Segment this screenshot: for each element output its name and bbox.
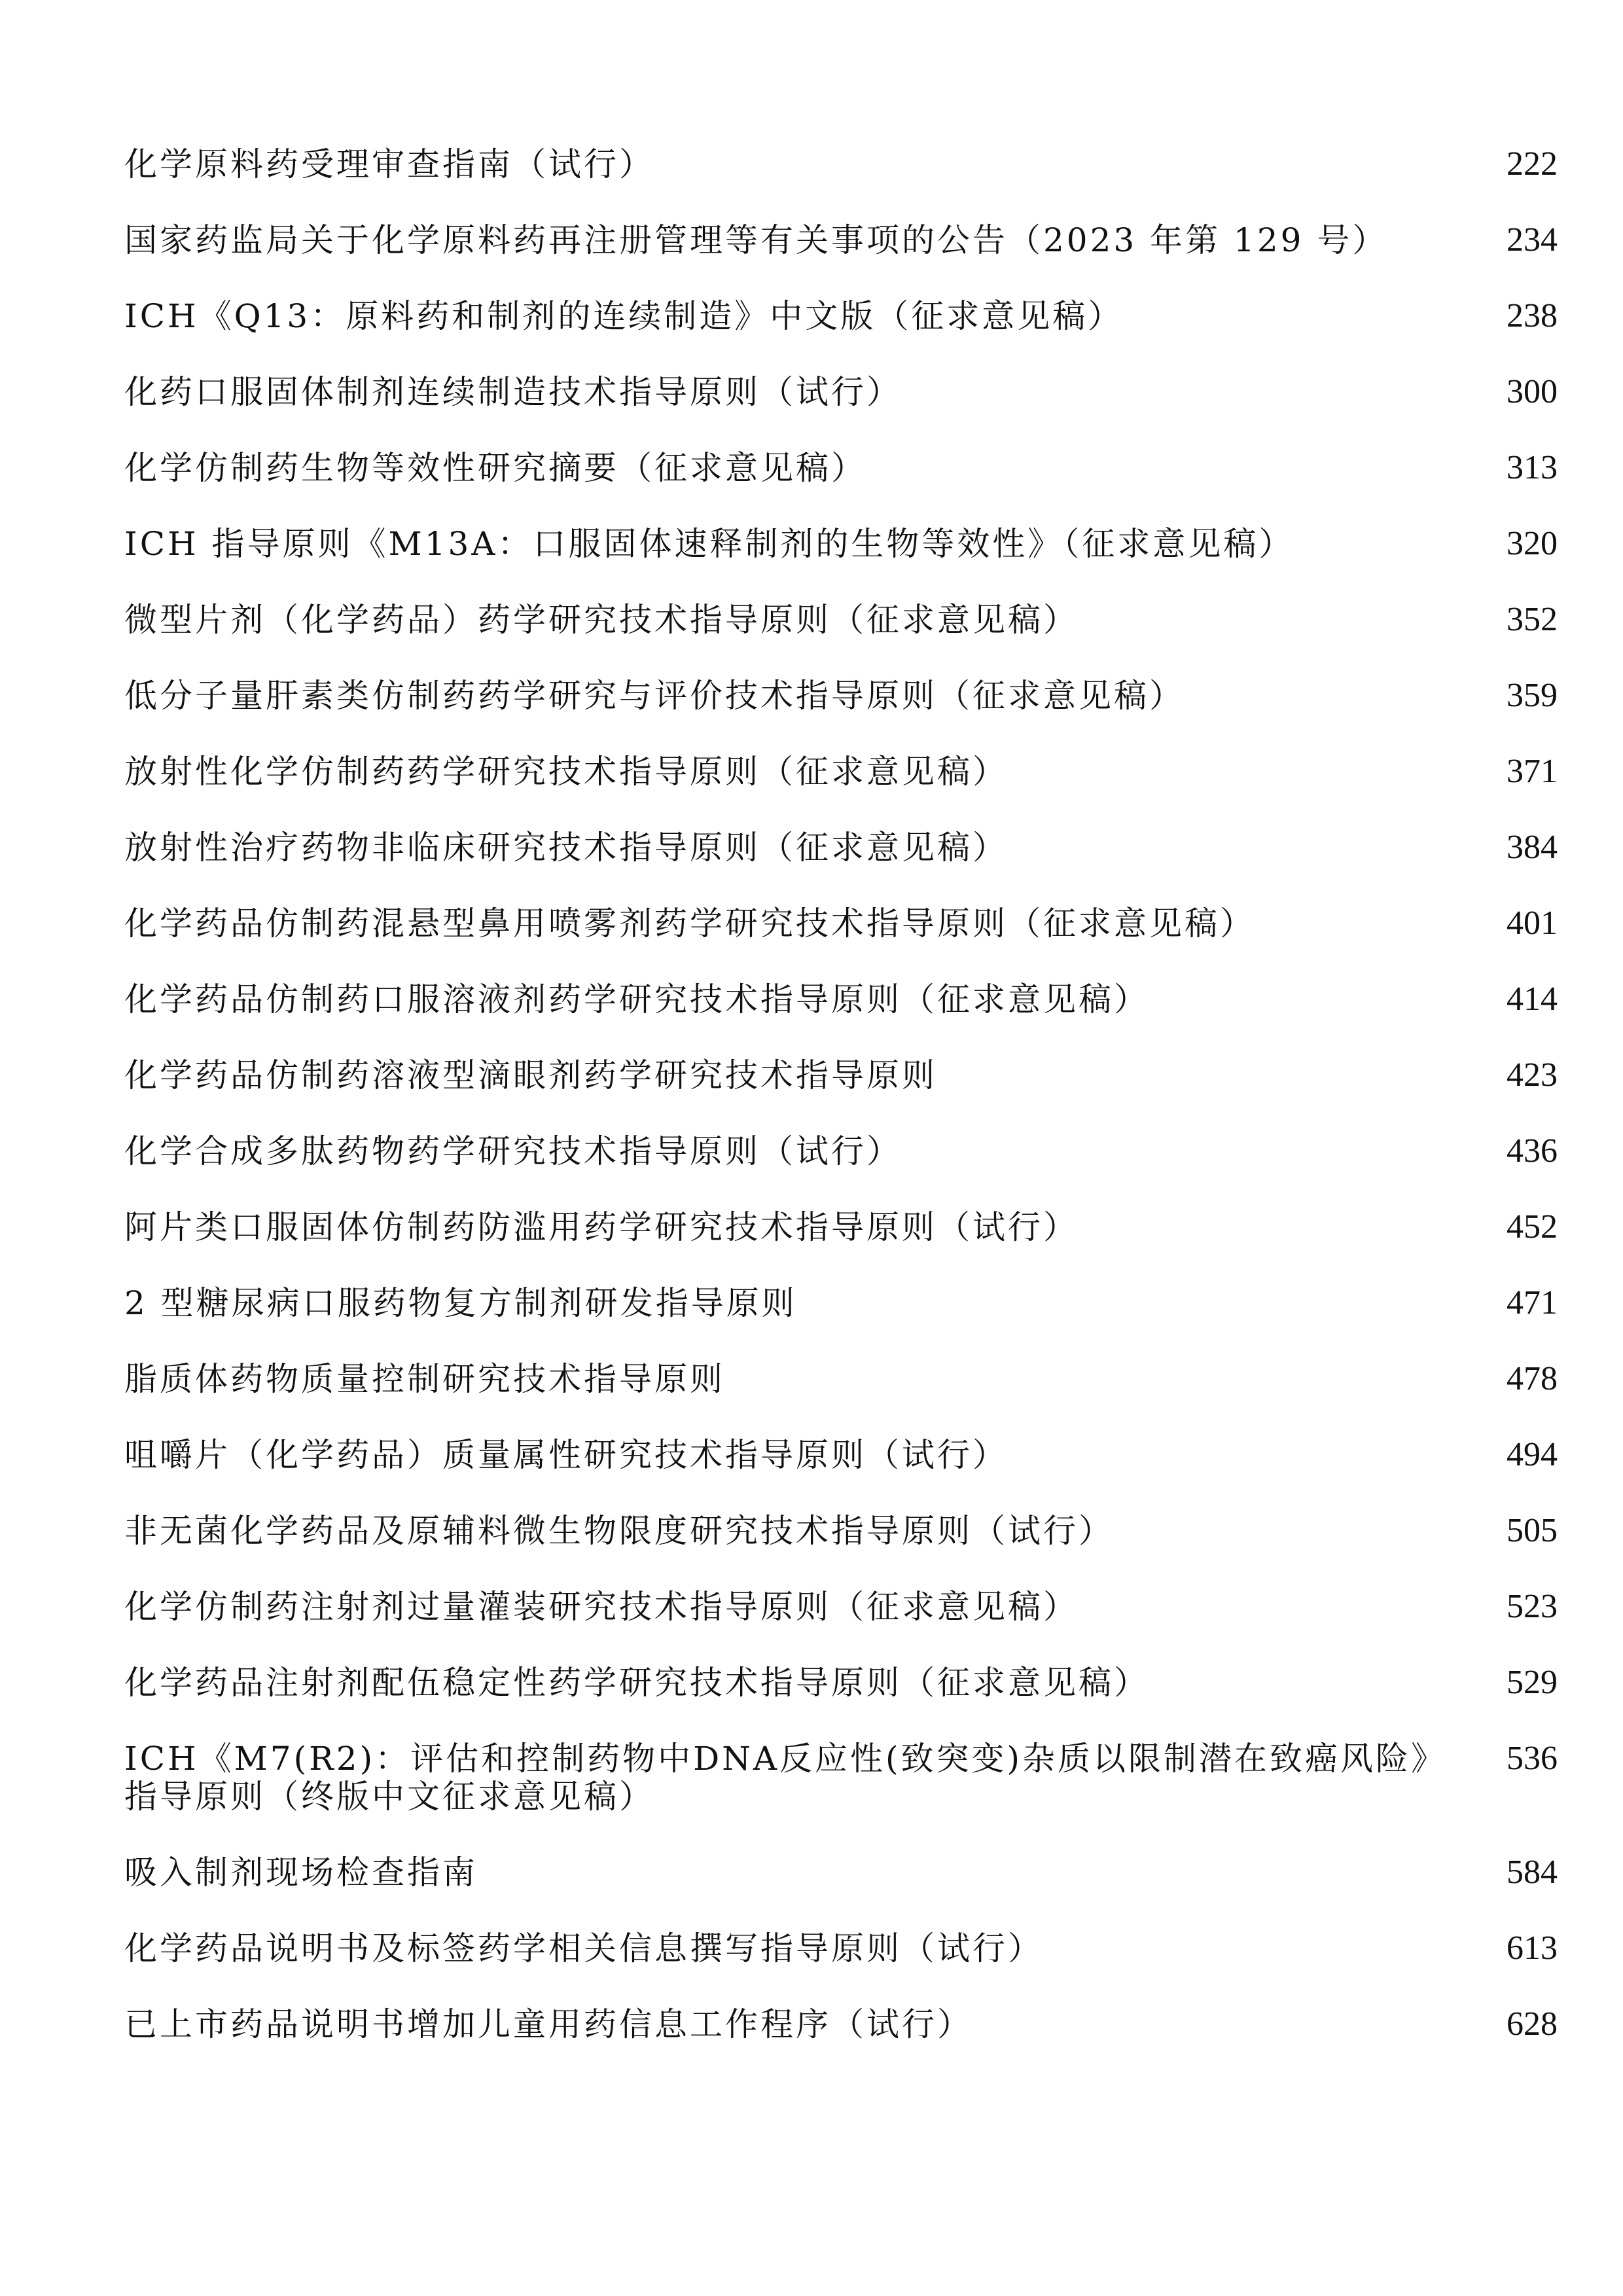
toc-entry[interactable]: 化学药品仿制药溶液型滴眼剂药学研究技术指导原则 423 (124, 1056, 1558, 1132)
toc-entry[interactable]: 化学药品仿制药混悬型鼻用喷雾剂药学研究技术指导原则（征求意见稿） 401 (124, 905, 1558, 980)
toc-entry-page-number: 371 (1479, 753, 1558, 791)
toc-entry-title: 化学仿制药生物等效性研究摘要（征求意见稿） (124, 449, 1479, 487)
toc-entry[interactable]: 已上市药品说明书增加儿童用药信息工作程序（试行） 628 (124, 2005, 1558, 2081)
toc-entry-page-number: 423 (1479, 1056, 1558, 1094)
toc-entry-page-number: 529 (1479, 1664, 1558, 1702)
toc-entry[interactable]: 放射性治疗药物非临床研究技术指导原则（征求意见稿） 384 (124, 829, 1558, 905)
toc-entry-title: 脂质体药物质量控制研究技术指导原则 (124, 1360, 1479, 1398)
toc-entry[interactable]: 脂质体药物质量控制研究技术指导原则 478 (124, 1360, 1558, 1436)
toc-entry-title: ICH 指导原则《M13A：口服固体速释制剂的生物等效性》（征求意见稿） (124, 525, 1479, 563)
table-of-contents: 化学原料药受理审查指南（试行） 222 国家药监局关于化学原料药再注册管理等有关… (124, 145, 1558, 2081)
toc-entry-title: 化学原料药受理审查指南（试行） (124, 145, 1479, 183)
toc-entry-title: 化学合成多肽药物药学研究技术指导原则（试行） (124, 1132, 1479, 1170)
toc-entry-title: 化学药品仿制药混悬型鼻用喷雾剂药学研究技术指导原则（征求意见稿） (124, 905, 1479, 942)
toc-entry[interactable]: 化学药品仿制药口服溶液剂药学研究技术指导原则（征求意见稿） 414 (124, 980, 1558, 1056)
toc-entry-page-number: 320 (1479, 525, 1558, 563)
toc-entry-page-number: 401 (1479, 905, 1558, 942)
toc-entry-title: 低分子量肝素类仿制药药学研究与评价技术指导原则（征求意见稿） (124, 677, 1479, 715)
toc-entry[interactable]: 化学药品注射剂配伍稳定性药学研究技术指导原则（征求意见稿） 529 (124, 1664, 1558, 1740)
document-page: 化学原料药受理审查指南（试行） 222 国家药监局关于化学原料药再注册管理等有关… (0, 0, 1623, 2296)
toc-entry-page-number: 234 (1479, 221, 1558, 259)
toc-entry-page-number: 523 (1479, 1588, 1558, 1626)
toc-entry-title: 放射性治疗药物非临床研究技术指导原则（征求意见稿） (124, 829, 1479, 867)
toc-entry-page-number: 505 (1479, 1512, 1558, 1550)
toc-entry[interactable]: 咀嚼片（化学药品）质量属性研究技术指导原则（试行） 494 (124, 1436, 1558, 1512)
toc-entry-page-number: 452 (1479, 1208, 1558, 1246)
toc-entry[interactable]: ICH 指导原则《M13A：口服固体速释制剂的生物等效性》（征求意见稿） 320 (124, 525, 1558, 601)
toc-entry[interactable]: 化学原料药受理审查指南（试行） 222 (124, 145, 1558, 221)
toc-entry-page-number: 352 (1479, 601, 1558, 639)
toc-entry-page-number: 494 (1479, 1436, 1558, 1474)
toc-entry-title: 化药口服固体制剂连续制造技术指导原则（试行） (124, 373, 1479, 411)
toc-entry-page-number: 471 (1479, 1284, 1558, 1322)
toc-entry-page-number: 613 (1479, 1929, 1558, 1967)
toc-entry[interactable]: ICH《M7(R2)：评估和控制药物中DNA反应性(致突变)杂质以限制潜在致癌风… (124, 1740, 1558, 1854)
toc-entry[interactable]: 化药口服固体制剂连续制造技术指导原则（试行） 300 (124, 373, 1558, 449)
toc-entry-page-number: 313 (1479, 449, 1558, 487)
toc-entry[interactable]: 微型片剂（化学药品）药学研究技术指导原则（征求意见稿） 352 (124, 601, 1558, 677)
toc-entry-title: 化学药品仿制药口服溶液剂药学研究技术指导原则（征求意见稿） (124, 980, 1479, 1018)
toc-entry-page-number: 414 (1479, 980, 1558, 1018)
toc-entry-title: 吸入制剂现场检查指南 (124, 1854, 1479, 1892)
toc-entry[interactable]: 化学药品说明书及标签药学相关信息撰写指导原则（试行） 613 (124, 1929, 1558, 2005)
toc-entry-title: ICH《Q13：原料药和制剂的连续制造》中文版（征求意见稿） (124, 297, 1479, 335)
toc-entry[interactable]: 化学仿制药注射剂过量灌装研究技术指导原则（征求意见稿） 523 (124, 1588, 1558, 1664)
toc-entry[interactable]: 放射性化学仿制药药学研究技术指导原则（征求意见稿） 371 (124, 753, 1558, 829)
toc-entry[interactable]: 吸入制剂现场检查指南 584 (124, 1854, 1558, 1929)
toc-entry-title: 咀嚼片（化学药品）质量属性研究技术指导原则（试行） (124, 1436, 1479, 1474)
toc-entry-title: 化学仿制药注射剂过量灌装研究技术指导原则（征求意见稿） (124, 1588, 1479, 1626)
toc-entry-page-number: 222 (1479, 145, 1558, 183)
toc-entry[interactable]: ICH《Q13：原料药和制剂的连续制造》中文版（征求意见稿） 238 (124, 297, 1558, 373)
toc-entry-title: ICH《M7(R2)：评估和控制药物中DNA反应性(致突变)杂质以限制潜在致癌风… (124, 1740, 1479, 1816)
toc-entry-title: 阿片类口服固体仿制药防滥用药学研究技术指导原则（试行） (124, 1208, 1479, 1246)
toc-entry-title: 国家药监局关于化学原料药再注册管理等有关事项的公告（2023 年第 129 号） (124, 221, 1479, 259)
toc-entry-page-number: 384 (1479, 829, 1558, 867)
toc-entry-title: 化学药品注射剂配伍稳定性药学研究技术指导原则（征求意见稿） (124, 1664, 1479, 1702)
toc-entry[interactable]: 化学仿制药生物等效性研究摘要（征求意见稿） 313 (124, 449, 1558, 525)
toc-entry[interactable]: 化学合成多肽药物药学研究技术指导原则（试行） 436 (124, 1132, 1558, 1208)
toc-entry[interactable]: 国家药监局关于化学原料药再注册管理等有关事项的公告（2023 年第 129 号）… (124, 221, 1558, 297)
toc-entry[interactable]: 2 型糖尿病口服药物复方制剂研发指导原则 471 (124, 1284, 1558, 1360)
toc-entry-page-number: 238 (1479, 297, 1558, 335)
toc-entry[interactable]: 非无菌化学药品及原辅料微生物限度研究技术指导原则（试行） 505 (124, 1512, 1558, 1588)
toc-entry-title: 已上市药品说明书增加儿童用药信息工作程序（试行） (124, 2005, 1479, 2043)
toc-entry-title: 微型片剂（化学药品）药学研究技术指导原则（征求意见稿） (124, 601, 1479, 639)
toc-entry-title: 化学药品说明书及标签药学相关信息撰写指导原则（试行） (124, 1929, 1479, 1967)
toc-entry[interactable]: 阿片类口服固体仿制药防滥用药学研究技术指导原则（试行） 452 (124, 1208, 1558, 1284)
toc-entry-page-number: 628 (1479, 2005, 1558, 2043)
toc-entry-page-number: 359 (1479, 677, 1558, 715)
toc-entry-title: 化学药品仿制药溶液型滴眼剂药学研究技术指导原则 (124, 1056, 1479, 1094)
toc-entry-title: 非无菌化学药品及原辅料微生物限度研究技术指导原则（试行） (124, 1512, 1479, 1550)
toc-entry-page-number: 478 (1479, 1360, 1558, 1398)
toc-entry-title: 放射性化学仿制药药学研究技术指导原则（征求意见稿） (124, 753, 1479, 791)
toc-entry-title: 2 型糖尿病口服药物复方制剂研发指导原则 (124, 1284, 1479, 1322)
toc-entry-page-number: 300 (1479, 373, 1558, 411)
toc-entry[interactable]: 低分子量肝素类仿制药药学研究与评价技术指导原则（征求意见稿） 359 (124, 677, 1558, 753)
toc-entry-page-number: 536 (1479, 1740, 1558, 1778)
toc-entry-page-number: 584 (1479, 1854, 1558, 1892)
toc-entry-page-number: 436 (1479, 1132, 1558, 1170)
